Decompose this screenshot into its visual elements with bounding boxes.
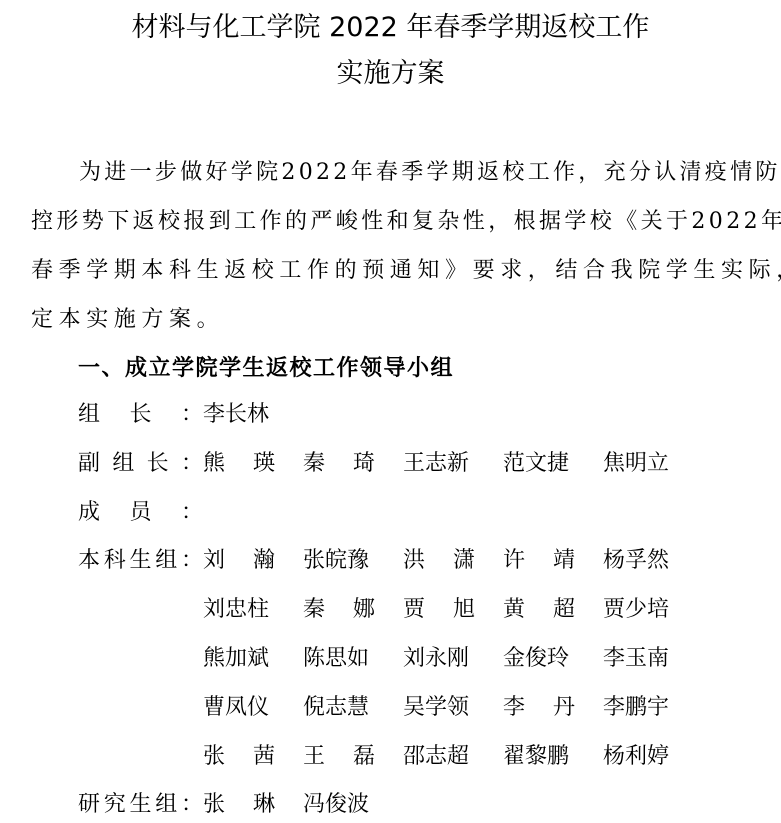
person-name: 熊瑛: [203, 449, 275, 479]
undergrad-group-row-label: 本科生组：: [78, 546, 203, 576]
person-name: 陈思如: [303, 644, 375, 674]
intro-line-4: 定本实施方案。: [31, 305, 224, 335]
person-name: 刘忠柱: [203, 595, 275, 625]
deputy-leaders-row-label: 副组长：: [78, 449, 203, 479]
person-name: 杨孚然: [603, 546, 675, 576]
person-name: 倪志慧: [303, 693, 375, 723]
person-name: 李鹏宇: [603, 693, 675, 723]
leader-row-label: 组长：: [78, 400, 203, 430]
document-subtitle: 实施方案: [0, 57, 781, 91]
person-name: 冯俊波: [303, 790, 375, 820]
grad-group-row-label: 研究生组：: [78, 790, 203, 820]
person-name: 许靖: [503, 546, 575, 576]
person-name: 秦娜: [303, 595, 375, 625]
person-name: 张茜: [203, 742, 275, 772]
person-name: 王磊: [303, 742, 375, 772]
person-name: 刘永刚: [403, 644, 475, 674]
intro-line-1: 为进一步做好学院2022年春季学期返校工作，充分认清疫情防: [79, 158, 781, 188]
person-name: 洪潇: [403, 546, 475, 576]
intro-line-2: 控形势下返校报到工作的严峻性和复杂性，根据学校《关于2022年: [31, 207, 781, 237]
person-name: 张皖豫: [303, 546, 375, 576]
person-name: 金俊玲: [503, 644, 575, 674]
person-name: 李玉南: [603, 644, 675, 674]
person-name: 李丹: [503, 693, 575, 723]
intro-line-3: 春季学期本科生返校工作的预通知》要求，结合我院学生实际，制: [31, 256, 781, 286]
person-name: 翟黎鹏: [503, 742, 575, 772]
person-name: 曹凤仪: [203, 693, 275, 723]
person-name: 熊加斌: [203, 644, 275, 674]
person-name: 焦明立: [603, 449, 675, 479]
person-name: 吴学领: [403, 693, 475, 723]
person-name: 杨利婷: [603, 742, 675, 772]
person-name: 范文捷: [503, 449, 575, 479]
person-name: 贾少培: [603, 595, 675, 625]
person-name: 李长林: [203, 400, 275, 430]
person-name: 张琳: [203, 790, 275, 820]
person-name: 黄超: [503, 595, 575, 625]
person-name: 刘瀚: [203, 546, 275, 576]
section-heading: 一、成立学院学生返校工作领导小组: [78, 353, 454, 383]
person-name: 秦琦: [303, 449, 375, 479]
members-row-label: 成员：: [78, 498, 203, 528]
person-name: 邵志超: [403, 742, 475, 772]
person-name: 王志新: [403, 449, 475, 479]
person-name: 贾旭: [403, 595, 475, 625]
document-title: 材料与化工学院 2022 年春季学期返校工作: [0, 11, 781, 45]
